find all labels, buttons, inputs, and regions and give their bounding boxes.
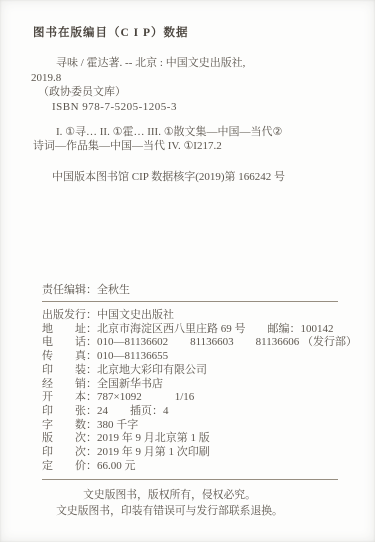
pub-row-address: 地 址：北京市海淀区西八里庄路 69 号 邮编：100142 [42, 323, 375, 337]
pub-row-label: 印 装： [42, 364, 97, 376]
pub-row-value: 全国新华书店 [97, 378, 163, 390]
pub-row-fax: 传 真：010—81136655 [42, 350, 375, 364]
pub-row-value: 66.00 元 [97, 460, 136, 472]
pub-row-label: 印 次： [42, 446, 97, 458]
pub-row-phone: 电 话：010—81136602 81136603 81136606 （发行部） [42, 336, 375, 350]
pub-row-price: 定 价：66.00 元 [42, 460, 375, 474]
pub-row-value: 010—81136602 81136603 81136606 （发行部） [97, 336, 357, 348]
pub-row-label: 电 话： [42, 336, 97, 348]
footer-notice: 文史版图书，版权所有，侵权必究。 文史版图书，印装有错误可与发行部联系退换。 [0, 488, 375, 519]
cip-note: 中国版本图书馆 CIP 数据核字(2019)第 166242 号 [0, 168, 375, 184]
pub-row-label: 版 次： [42, 432, 97, 444]
pub-row-format: 开 本：787×1092 1/16 [42, 391, 375, 405]
pub-row-label: 印 张： [42, 405, 97, 417]
editor-name: 全秋生 [97, 284, 130, 296]
pub-row-distribution: 经 销：全国新华书店 [42, 378, 375, 392]
cip-classification-line2: 诗词—作品集—中国—当代 IV. ①I217.2 [0, 139, 375, 153]
cip-classification-line1: I. ①寻… II. ①霍… III. ①散文集—中国—当代② [0, 125, 375, 139]
editor-label: 责任编辑： [42, 284, 97, 296]
pub-row-impression: 印 次：2019 年 9 月第 1 次印刷 [42, 446, 375, 460]
pub-row-value: 北京市海淀区西八里庄路 69 号 邮编：100142 [97, 323, 334, 335]
editor-line: 责任编辑：全秋生 [0, 281, 375, 297]
pub-row-value: 787×1092 1/16 [97, 391, 194, 403]
footer-return-line: 文史版图书，印装有错误可与发行部联系退换。 [0, 504, 339, 520]
cip-record-series: （政协委员文库） [0, 85, 375, 100]
pub-row-label: 开 本： [42, 391, 97, 403]
footer-copyright-line: 文史版图书，版权所有，侵权必究。 [0, 488, 339, 504]
cip-header: 图书在版编目（C I P）数据 [33, 24, 375, 40]
pub-row-label: 定 价： [42, 460, 97, 472]
cip-record-isbn: ISBN 978-7-5205-1205-3 [0, 100, 375, 115]
pub-row-label: 地 址： [42, 323, 97, 335]
cip-record-date-line: 2019.8 [0, 71, 375, 86]
cip-record: 寻味 / 霍达著. -- 北京 : 中国文史出版社, 2019.8 （政协委员文… [0, 56, 375, 114]
pub-row-value: 010—81136655 [97, 350, 168, 362]
divider-bottom [42, 479, 338, 480]
cip-record-title-line: 寻味 / 霍达著. -- 北京 : 中国文史出版社, [0, 56, 375, 71]
pub-row-publisher: 出版发行：中国文史出版社 [42, 309, 375, 323]
pub-row-label: 出版发行： [42, 309, 97, 321]
pub-row-value: 中国文史出版社 [97, 309, 174, 321]
pub-row-label: 经 销： [42, 378, 97, 390]
divider-top [42, 301, 338, 302]
pub-row-label: 字 数： [42, 419, 97, 431]
pub-row-edition: 版 次：2019 年 9 月北京第 1 版 [42, 432, 375, 446]
pub-row-printing: 印 装：北京地大彩印有限公司 [42, 364, 375, 378]
pub-row-value: 2019 年 9 月北京第 1 版 [97, 432, 210, 444]
publication-info: 出版发行：中国文史出版社 地 址：北京市海淀区西八里庄路 69 号 邮编：100… [42, 309, 375, 473]
pub-row-value: 2019 年 9 月第 1 次印刷 [97, 446, 210, 458]
pub-row-value: 24 插页：4 [97, 405, 169, 417]
cip-classification: I. ①寻… II. ①霍… III. ①散文集—中国—当代② 诗词—作品集—中… [0, 125, 375, 153]
pub-row-value: 北京地大彩印有限公司 [97, 364, 207, 376]
pub-row-label: 传 真： [42, 350, 97, 362]
pub-row-wordcount: 字 数：380 千字 [42, 419, 375, 433]
book-colophon-page: { "cip": { "header": "图书在版编目（C I P）数据", … [0, 0, 375, 542]
pub-row-sheets: 印 张：24 插页：4 [42, 405, 375, 419]
pub-row-value: 380 千字 [97, 419, 138, 431]
